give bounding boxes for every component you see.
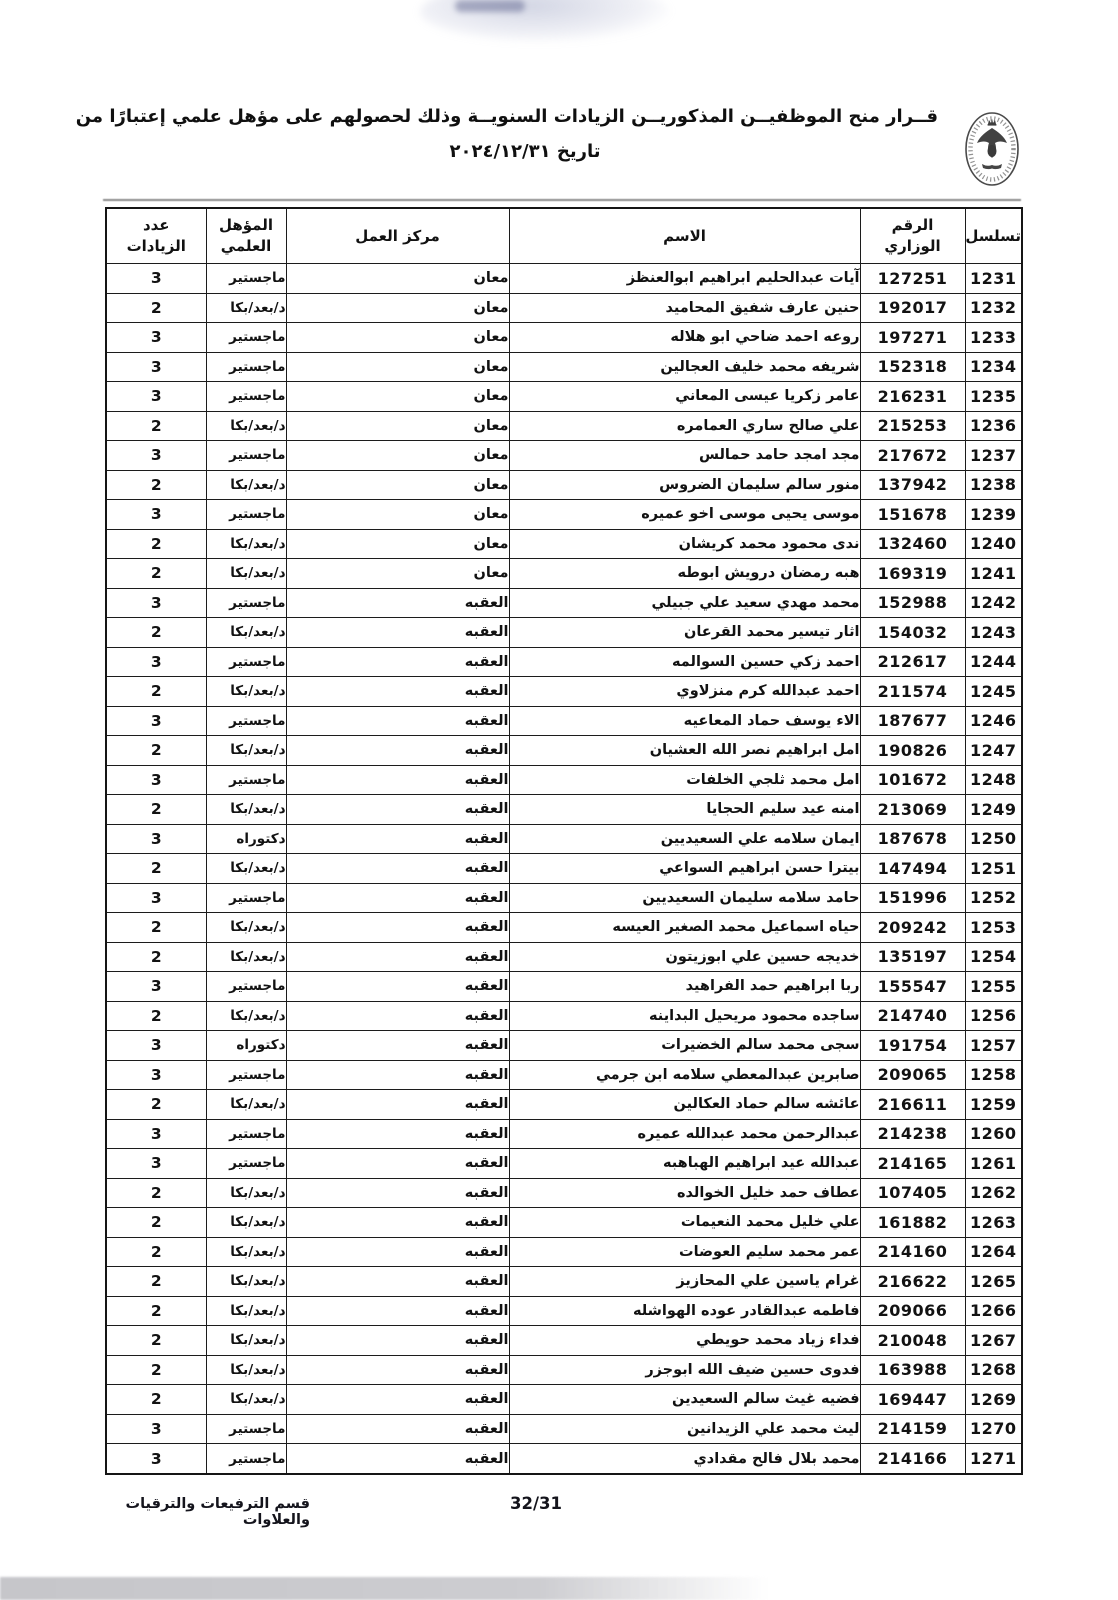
- cell-serial: 1266: [965, 1296, 1022, 1326]
- table-row: 1253209242حياه اسماعيل محمد الصغير العيس…: [106, 913, 1022, 943]
- cell-center: العقبه: [286, 883, 509, 913]
- cell-ministry: 101672: [860, 765, 965, 795]
- cell-center: معان: [286, 382, 509, 412]
- cell-serial: 1241: [965, 559, 1022, 589]
- table-row: 1235216231عامر زكريا عيسى المعانيمعانماج…: [106, 382, 1022, 412]
- cell-incr: 2: [106, 1385, 206, 1415]
- cell-serial: 1235: [965, 382, 1022, 412]
- cell-ministry: 210048: [860, 1326, 965, 1356]
- cell-incr: 3: [106, 500, 206, 530]
- cell-center: العقبه: [286, 1208, 509, 1238]
- cell-qual: ماجستير: [206, 647, 286, 677]
- cell-ministry: 190826: [860, 736, 965, 766]
- cell-center: العقبه: [286, 1237, 509, 1267]
- cell-ministry: 169319: [860, 559, 965, 589]
- cell-ministry: 151678: [860, 500, 965, 530]
- title-line-1: قــرار منح الموظفيــن المذكوريــن الزياد…: [112, 99, 938, 134]
- cell-name: فدوى حسين ضيف الله ابوجزر: [509, 1355, 860, 1385]
- cell-qual: د/بعد/بكا: [206, 529, 286, 559]
- cell-qual: د/بعد/بكا: [206, 942, 286, 972]
- column-header-ministry: الرقم الوزاري: [860, 208, 965, 264]
- cell-ministry: 187678: [860, 824, 965, 854]
- table-row: 1261214165عبدالله عيد ابراهيم الهباهبهال…: [106, 1149, 1022, 1179]
- cell-serial: 1264: [965, 1237, 1022, 1267]
- cell-name: خديجه حسين علي ابوزيتون: [509, 942, 860, 972]
- cell-incr: 3: [106, 1031, 206, 1061]
- cell-center: معان: [286, 470, 509, 500]
- cell-incr: 3: [106, 765, 206, 795]
- cell-ministry: 214160: [860, 1237, 965, 1267]
- cell-incr: 2: [106, 1001, 206, 1031]
- cell-center: العقبه: [286, 1178, 509, 1208]
- table-row: 1266209066فاطمه عبدالقادر عوده الهواشلها…: [106, 1296, 1022, 1326]
- cell-serial: 1259: [965, 1090, 1022, 1120]
- table-header: تسلسلالرقم الوزاريالاسممركز العملالمؤهل …: [106, 208, 1022, 264]
- cell-incr: 3: [106, 1414, 206, 1444]
- cell-ministry: 211574: [860, 677, 965, 707]
- table-row: 1247190826امل ابراهيم نصر الله العشيانال…: [106, 736, 1022, 766]
- footer-department: قسم الترفيعات والترقيات والعلاوات: [70, 1496, 310, 1528]
- table-row: 1252151996حامد سلامه سليمان السعيديينالع…: [106, 883, 1022, 913]
- cell-qual: دكتوراه: [206, 824, 286, 854]
- cell-name: ندى محمود محمد كريشان: [509, 529, 860, 559]
- table-row: 1260214238عبدالرحمن محمد عبدالله عميرهال…: [106, 1119, 1022, 1149]
- cell-name: سجى محمد سالم الخضيرات: [509, 1031, 860, 1061]
- cell-center: العقبه: [286, 1326, 509, 1356]
- cell-qual: ماجستير: [206, 1149, 286, 1179]
- table-row: 1265216622غرام ياسين علي المحازيزالعقبهد…: [106, 1267, 1022, 1297]
- cell-center: العقبه: [286, 1090, 509, 1120]
- cell-incr: 3: [106, 264, 206, 294]
- cell-center: معان: [286, 323, 509, 353]
- cell-serial: 1256: [965, 1001, 1022, 1031]
- cell-qual: د/بعد/بكا: [206, 1355, 286, 1385]
- cell-serial: 1263: [965, 1208, 1022, 1238]
- cell-incr: 2: [106, 1267, 206, 1297]
- cell-serial: 1254: [965, 942, 1022, 972]
- cell-ministry: 163988: [860, 1355, 965, 1385]
- table-row: 1241169319هبه رمضان درويش ابوطهمعاند/بعد…: [106, 559, 1022, 589]
- cell-center: العقبه: [286, 677, 509, 707]
- cell-center: العقبه: [286, 1444, 509, 1475]
- cell-qual: د/بعد/بكا: [206, 795, 286, 825]
- cell-center: العقبه: [286, 1355, 509, 1385]
- cell-name: احمد عبدالله كرم منزلاوي: [509, 677, 860, 707]
- scan-bar-bottom: [0, 1577, 768, 1600]
- table-row: 1236215253علي صالح ساري العمامرهمعاند/بع…: [106, 411, 1022, 441]
- cell-serial: 1255: [965, 972, 1022, 1002]
- cell-qual: د/بعد/بكا: [206, 1267, 286, 1297]
- cell-ministry: 216622: [860, 1267, 965, 1297]
- cell-ministry: 212617: [860, 647, 965, 677]
- cell-name: حنين عارف شفيق المحاميد: [509, 293, 860, 323]
- cell-name: عبدالرحمن محمد عبدالله عميره: [509, 1119, 860, 1149]
- cell-ministry: 154032: [860, 618, 965, 648]
- cell-qual: دكتوراه: [206, 1031, 286, 1061]
- cell-center: العقبه: [286, 854, 509, 884]
- table-body: 1231127251آيات عبدالحليم ابراهيم ابوالعن…: [106, 264, 1022, 1475]
- cell-ministry: 209066: [860, 1296, 965, 1326]
- cell-serial: 1246: [965, 706, 1022, 736]
- cell-serial: 1260: [965, 1119, 1022, 1149]
- cell-serial: 1262: [965, 1178, 1022, 1208]
- cell-center: العقبه: [286, 618, 509, 648]
- cell-qual: ماجستير: [206, 1414, 286, 1444]
- ministry-emblem-icon: [962, 108, 1022, 190]
- cell-incr: 2: [106, 411, 206, 441]
- employees-table: تسلسلالرقم الوزاريالاسممركز العملالمؤهل …: [105, 207, 1023, 1475]
- cell-qual: د/بعد/بكا: [206, 1178, 286, 1208]
- table-row: 1257191754سجى محمد سالم الخضيراتالعقبهدك…: [106, 1031, 1022, 1061]
- cell-serial: 1268: [965, 1355, 1022, 1385]
- table-row: 1268163988فدوى حسين ضيف الله ابوجزرالعقب…: [106, 1355, 1022, 1385]
- cell-qual: ماجستير: [206, 264, 286, 294]
- cell-qual: د/بعد/بكا: [206, 618, 286, 648]
- cell-qual: د/بعد/بكا: [206, 1237, 286, 1267]
- cell-center: العقبه: [286, 1149, 509, 1179]
- cell-serial: 1233: [965, 323, 1022, 353]
- cell-serial: 1270: [965, 1414, 1022, 1444]
- column-header-center: مركز العمل: [286, 208, 509, 264]
- cell-ministry: 214740: [860, 1001, 965, 1031]
- cell-ministry: 209242: [860, 913, 965, 943]
- cell-name: حامد سلامه سليمان السعيديين: [509, 883, 860, 913]
- cell-center: معان: [286, 441, 509, 471]
- table-row: 1231127251آيات عبدالحليم ابراهيم ابوالعن…: [106, 264, 1022, 294]
- table-row: 1232192017حنين عارف شفيق المحاميدمعاند/ب…: [106, 293, 1022, 323]
- cell-incr: 2: [106, 677, 206, 707]
- column-header-incr: عدد الزيادات: [106, 208, 206, 264]
- cell-serial: 1267: [965, 1326, 1022, 1356]
- cell-center: العقبه: [286, 1267, 509, 1297]
- cell-center: العقبه: [286, 706, 509, 736]
- cell-center: العقبه: [286, 1001, 509, 1031]
- cell-serial: 1252: [965, 883, 1022, 913]
- cell-incr: 2: [106, 470, 206, 500]
- cell-center: العقبه: [286, 1414, 509, 1444]
- scan-smudge-top-streak: [455, 0, 525, 12]
- cell-name: عبدالله عيد ابراهيم الهباهبه: [509, 1149, 860, 1179]
- cell-serial: 1240: [965, 529, 1022, 559]
- cell-incr: 2: [106, 942, 206, 972]
- cell-ministry: 135197: [860, 942, 965, 972]
- cell-serial: 1237: [965, 441, 1022, 471]
- cell-ministry: 169447: [860, 1385, 965, 1415]
- cell-incr: 3: [106, 972, 206, 1002]
- cell-name: عطاف حمد خليل الخوالده: [509, 1178, 860, 1208]
- cell-qual: د/بعد/بكا: [206, 293, 286, 323]
- table-row: 1267210048فداء زياد محمد حويطيالعقبهد/بع…: [106, 1326, 1022, 1356]
- cell-qual: ماجستير: [206, 1119, 286, 1149]
- table-row: 1269169447فضيه غيث سالم السعيدينالعقبهد/…: [106, 1385, 1022, 1415]
- cell-name: منور سالم سليمان الضروس: [509, 470, 860, 500]
- cell-ministry: 187677: [860, 706, 965, 736]
- table-row: 1240132460ندى محمود محمد كريشانمعاند/بعد…: [106, 529, 1022, 559]
- cell-ministry: 132460: [860, 529, 965, 559]
- cell-incr: 2: [106, 1090, 206, 1120]
- cell-qual: د/بعد/بكا: [206, 470, 286, 500]
- cell-serial: 1236: [965, 411, 1022, 441]
- cell-ministry: 214165: [860, 1149, 965, 1179]
- cell-incr: 2: [106, 1178, 206, 1208]
- cell-name: موسى يحيى موسى اخو عميره: [509, 500, 860, 530]
- cell-name: عمر محمد سليم العوضات: [509, 1237, 860, 1267]
- cell-serial: 1271: [965, 1444, 1022, 1475]
- cell-name: ايمان سلامه علي السعيديين: [509, 824, 860, 854]
- cell-qual: ماجستير: [206, 500, 286, 530]
- cell-serial: 1239: [965, 500, 1022, 530]
- cell-incr: 2: [106, 1355, 206, 1385]
- cell-name: فضيه غيث سالم السعيدين: [509, 1385, 860, 1415]
- cell-incr: 2: [106, 913, 206, 943]
- table-row: 1270214159ليث محمد علي الزيدانينالعقبهما…: [106, 1414, 1022, 1444]
- cell-qual: د/بعد/بكا: [206, 411, 286, 441]
- table-row: 1251147494بيترا حسن ابراهيم السواعيالعقب…: [106, 854, 1022, 884]
- cell-incr: 3: [106, 1060, 206, 1090]
- cell-name: هبه رمضان درويش ابوطه: [509, 559, 860, 589]
- table-row: 1262107405عطاف حمد خليل الخوالدهالعقبهد/…: [106, 1178, 1022, 1208]
- cell-name: آيات عبدالحليم ابراهيم ابوالعنظز: [509, 264, 860, 294]
- cell-ministry: 214159: [860, 1414, 965, 1444]
- cell-qual: د/بعد/بكا: [206, 677, 286, 707]
- cell-qual: د/بعد/بكا: [206, 1385, 286, 1415]
- cell-incr: 3: [106, 824, 206, 854]
- cell-serial: 1232: [965, 293, 1022, 323]
- cell-center: العقبه: [286, 824, 509, 854]
- table-row: 1245211574احمد عبدالله كرم منزلاويالعقبه…: [106, 677, 1022, 707]
- cell-name: مجد امجد حامد حمالس: [509, 441, 860, 471]
- table-row: 1263161882علي خليل محمد النعيماتالعقبهد/…: [106, 1208, 1022, 1238]
- cell-qual: ماجستير: [206, 883, 286, 913]
- cell-center: معان: [286, 559, 509, 589]
- cell-qual: د/بعد/بكا: [206, 1001, 286, 1031]
- cell-center: معان: [286, 264, 509, 294]
- cell-center: العقبه: [286, 736, 509, 766]
- cell-incr: 2: [106, 795, 206, 825]
- cell-name: عامر زكريا عيسى المعاني: [509, 382, 860, 412]
- table-row: 1271214166محمد بلال فالح مقداديالعقبهماج…: [106, 1444, 1022, 1475]
- table-row: 1244212617احمد زكي حسين السوالمهالعقبهما…: [106, 647, 1022, 677]
- cell-name: علي صالح ساري العمامره: [509, 411, 860, 441]
- cell-ministry: 192017: [860, 293, 965, 323]
- employees-table-wrap: تسلسلالرقم الوزاريالاسممركز العملالمؤهل …: [105, 207, 1023, 1475]
- cell-qual: ماجستير: [206, 588, 286, 618]
- cell-name: احمد زكي حسين السوالمه: [509, 647, 860, 677]
- cell-center: معان: [286, 352, 509, 382]
- cell-center: معان: [286, 529, 509, 559]
- cell-name: فاطمه عبدالقادر عوده الهواشله: [509, 1296, 860, 1326]
- cell-qual: ماجستير: [206, 1060, 286, 1090]
- cell-incr: 2: [106, 1208, 206, 1238]
- table-row: 1258209065صابرين عبدالمعطي سلامه ابن جرم…: [106, 1060, 1022, 1090]
- document-title: قــرار منح الموظفيــن المذكوريــن الزياد…: [112, 99, 938, 169]
- cell-incr: 3: [106, 323, 206, 353]
- cell-name: علي خليل محمد النعيمات: [509, 1208, 860, 1238]
- cell-serial: 1269: [965, 1385, 1022, 1415]
- cell-incr: 3: [106, 382, 206, 412]
- cell-serial: 1234: [965, 352, 1022, 382]
- cell-qual: د/بعد/بكا: [206, 736, 286, 766]
- cell-incr: 3: [106, 883, 206, 913]
- table-row: 1255155547ربا ابراهيم حمد الفراهيدالعقبه…: [106, 972, 1022, 1002]
- cell-ministry: 152988: [860, 588, 965, 618]
- table-row: 1243154032اثار تيسير محمد القرعانالعقبهد…: [106, 618, 1022, 648]
- cell-ministry: 197271: [860, 323, 965, 353]
- table-row: 1256214740ساجده محمود مريحيل البداينهالع…: [106, 1001, 1022, 1031]
- cell-qual: د/بعد/بكا: [206, 913, 286, 943]
- cell-center: العقبه: [286, 942, 509, 972]
- cell-qual: د/بعد/بكا: [206, 1296, 286, 1326]
- cell-qual: د/بعد/بكا: [206, 854, 286, 884]
- cell-name: روعه احمد ضاحي ابو هلاله: [509, 323, 860, 353]
- cell-center: العقبه: [286, 972, 509, 1002]
- column-header-qual: المؤهل العلمي: [206, 208, 286, 264]
- cell-incr: 2: [106, 1296, 206, 1326]
- scan-line-artifact: [103, 199, 1021, 201]
- table-row: 1233197271روعه احمد ضاحي ابو هلالهمعانما…: [106, 323, 1022, 353]
- cell-ministry: 107405: [860, 1178, 965, 1208]
- cell-ministry: 191754: [860, 1031, 965, 1061]
- cell-serial: 1248: [965, 765, 1022, 795]
- cell-qual: ماجستير: [206, 323, 286, 353]
- cell-center: العقبه: [286, 588, 509, 618]
- cell-name: شريفه محمد خليف العجالين: [509, 352, 860, 382]
- cell-incr: 3: [106, 588, 206, 618]
- table-header-row: تسلسلالرقم الوزاريالاسممركز العملالمؤهل …: [106, 208, 1022, 264]
- cell-serial: 1250: [965, 824, 1022, 854]
- cell-name: الاء يوسف حماد المعاعيه: [509, 706, 860, 736]
- cell-qual: د/بعد/بكا: [206, 1208, 286, 1238]
- table-row: 1248101672امل محمد ثلجي الخلفاتالعقبهماج…: [106, 765, 1022, 795]
- cell-incr: 3: [106, 647, 206, 677]
- cell-incr: 2: [106, 736, 206, 766]
- cell-ministry: 216231: [860, 382, 965, 412]
- cell-name: فداء زياد محمد حويطي: [509, 1326, 860, 1356]
- table-row: 1250187678ايمان سلامه علي السعيديينالعقب…: [106, 824, 1022, 854]
- cell-ministry: 137942: [860, 470, 965, 500]
- cell-center: العقبه: [286, 913, 509, 943]
- cell-name: اثار تيسير محمد القرعان: [509, 618, 860, 648]
- cell-center: العقبه: [286, 1060, 509, 1090]
- cell-serial: 1238: [965, 470, 1022, 500]
- table-row: 1249213069امنه عيد سليم الحجاياالعقبهد/ب…: [106, 795, 1022, 825]
- cell-qual: د/بعد/بكا: [206, 1326, 286, 1356]
- cell-ministry: 147494: [860, 854, 965, 884]
- cell-ministry: 161882: [860, 1208, 965, 1238]
- cell-name: غرام ياسين علي المحازيز: [509, 1267, 860, 1297]
- cell-qual: ماجستير: [206, 972, 286, 1002]
- cell-qual: ماجستير: [206, 1444, 286, 1475]
- cell-name: صابرين عبدالمعطي سلامه ابن جرمي: [509, 1060, 860, 1090]
- cell-qual: د/بعد/بكا: [206, 559, 286, 589]
- cell-name: امنه عيد سليم الحجايا: [509, 795, 860, 825]
- cell-name: محمد بلال فالح مقدادي: [509, 1444, 860, 1475]
- cell-serial: 1242: [965, 588, 1022, 618]
- table-row: 1259216611عائشه سالم حماد العكالينالعقبه…: [106, 1090, 1022, 1120]
- cell-name: ربا ابراهيم حمد الفراهيد: [509, 972, 860, 1002]
- cell-center: العقبه: [286, 1385, 509, 1415]
- cell-serial: 1261: [965, 1149, 1022, 1179]
- cell-incr: 2: [106, 1237, 206, 1267]
- cell-serial: 1243: [965, 618, 1022, 648]
- cell-center: العقبه: [286, 795, 509, 825]
- cell-center: العقبه: [286, 647, 509, 677]
- table-row: 1264214160عمر محمد سليم العوضاتالعقبهد/ب…: [106, 1237, 1022, 1267]
- cell-ministry: 213069: [860, 795, 965, 825]
- cell-incr: 3: [106, 1119, 206, 1149]
- cell-center: معان: [286, 411, 509, 441]
- cell-ministry: 151996: [860, 883, 965, 913]
- cell-incr: 3: [106, 1149, 206, 1179]
- cell-serial: 1231: [965, 264, 1022, 294]
- cell-center: معان: [286, 293, 509, 323]
- table-row: 1239151678موسى يحيى موسى اخو عميرهمعانما…: [106, 500, 1022, 530]
- cell-serial: 1249: [965, 795, 1022, 825]
- cell-serial: 1251: [965, 854, 1022, 884]
- table-row: 1238137942منور سالم سليمان الضروسمعاند/ب…: [106, 470, 1022, 500]
- cell-name: امل ابراهيم نصر الله العشيان: [509, 736, 860, 766]
- cell-incr: 2: [106, 618, 206, 648]
- cell-ministry: 209065: [860, 1060, 965, 1090]
- table-row: 1237217672مجد امجد حامد حمالسمعانماجستير…: [106, 441, 1022, 471]
- table-row: 1234152318شريفه محمد خليف العجالينمعانما…: [106, 352, 1022, 382]
- document-page: قــرار منح الموظفيــن المذكوريــن الزياد…: [0, 0, 1118, 1600]
- column-header-serial: تسلسل: [965, 208, 1022, 264]
- cell-center: معان: [286, 500, 509, 530]
- cell-ministry: 216611: [860, 1090, 965, 1120]
- cell-serial: 1265: [965, 1267, 1022, 1297]
- cell-ministry: 155547: [860, 972, 965, 1002]
- title-line-2: تاريخ ٢٠٢٤/١٢/٣١: [112, 134, 938, 169]
- cell-incr: 2: [106, 529, 206, 559]
- cell-incr: 2: [106, 1326, 206, 1356]
- cell-qual: ماجستير: [206, 441, 286, 471]
- cell-name: محمد مهدي سعيد علي جبيلي: [509, 588, 860, 618]
- cell-name: بيترا حسن ابراهيم السواعي: [509, 854, 860, 884]
- cell-center: العقبه: [286, 1296, 509, 1326]
- cell-serial: 1258: [965, 1060, 1022, 1090]
- column-header-name: الاسم: [509, 208, 860, 264]
- cell-serial: 1257: [965, 1031, 1022, 1061]
- table-row: 1254135197خديجه حسين علي ابوزيتونالعقبهد…: [106, 942, 1022, 972]
- cell-qual: ماجستير: [206, 352, 286, 382]
- cell-incr: 3: [106, 706, 206, 736]
- footer-page-number: 32/31: [510, 1494, 562, 1513]
- cell-incr: 2: [106, 854, 206, 884]
- cell-name: حياه اسماعيل محمد الصغير العيسه: [509, 913, 860, 943]
- cell-incr: 3: [106, 441, 206, 471]
- cell-serial: 1253: [965, 913, 1022, 943]
- cell-incr: 3: [106, 1444, 206, 1475]
- cell-qual: ماجستير: [206, 382, 286, 412]
- cell-serial: 1244: [965, 647, 1022, 677]
- cell-ministry: 217672: [860, 441, 965, 471]
- cell-incr: 2: [106, 559, 206, 589]
- cell-ministry: 127251: [860, 264, 965, 294]
- cell-center: العقبه: [286, 1119, 509, 1149]
- cell-name: عائشه سالم حماد العكالين: [509, 1090, 860, 1120]
- cell-incr: 2: [106, 293, 206, 323]
- cell-name: امل محمد ثلجي الخلفات: [509, 765, 860, 795]
- cell-center: العقبه: [286, 765, 509, 795]
- cell-qual: ماجستير: [206, 765, 286, 795]
- cell-qual: د/بعد/بكا: [206, 1090, 286, 1120]
- table-row: 1242152988محمد مهدي سعيد علي جبيليالعقبه…: [106, 588, 1022, 618]
- cell-qual: ماجستير: [206, 706, 286, 736]
- cell-ministry: 152318: [860, 352, 965, 382]
- cell-ministry: 214238: [860, 1119, 965, 1149]
- cell-serial: 1247: [965, 736, 1022, 766]
